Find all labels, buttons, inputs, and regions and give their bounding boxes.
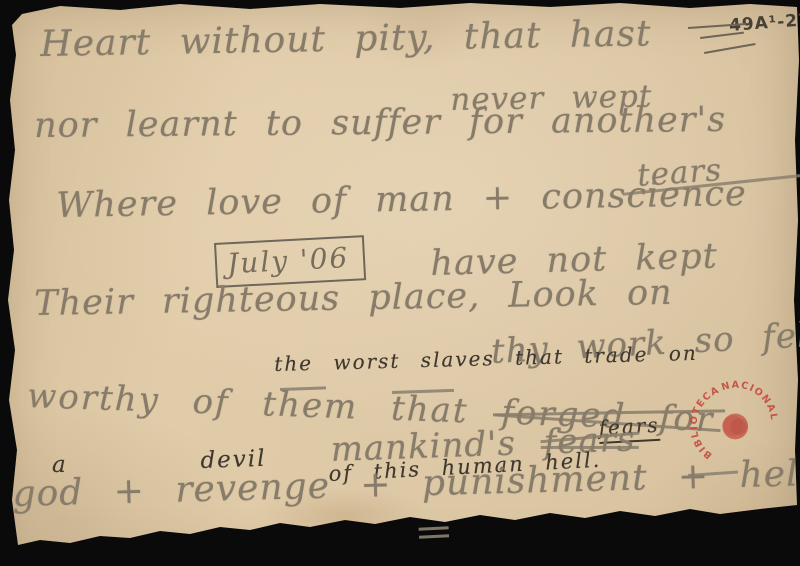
manuscript-line: nor learnt to suffer for another's bbox=[34, 100, 726, 146]
double-dash-mark bbox=[419, 526, 450, 544]
date-text: July '06 bbox=[226, 241, 350, 280]
manuscript-photo: 49A¹-27 Heart without pity, that hast ne… bbox=[0, 0, 800, 566]
